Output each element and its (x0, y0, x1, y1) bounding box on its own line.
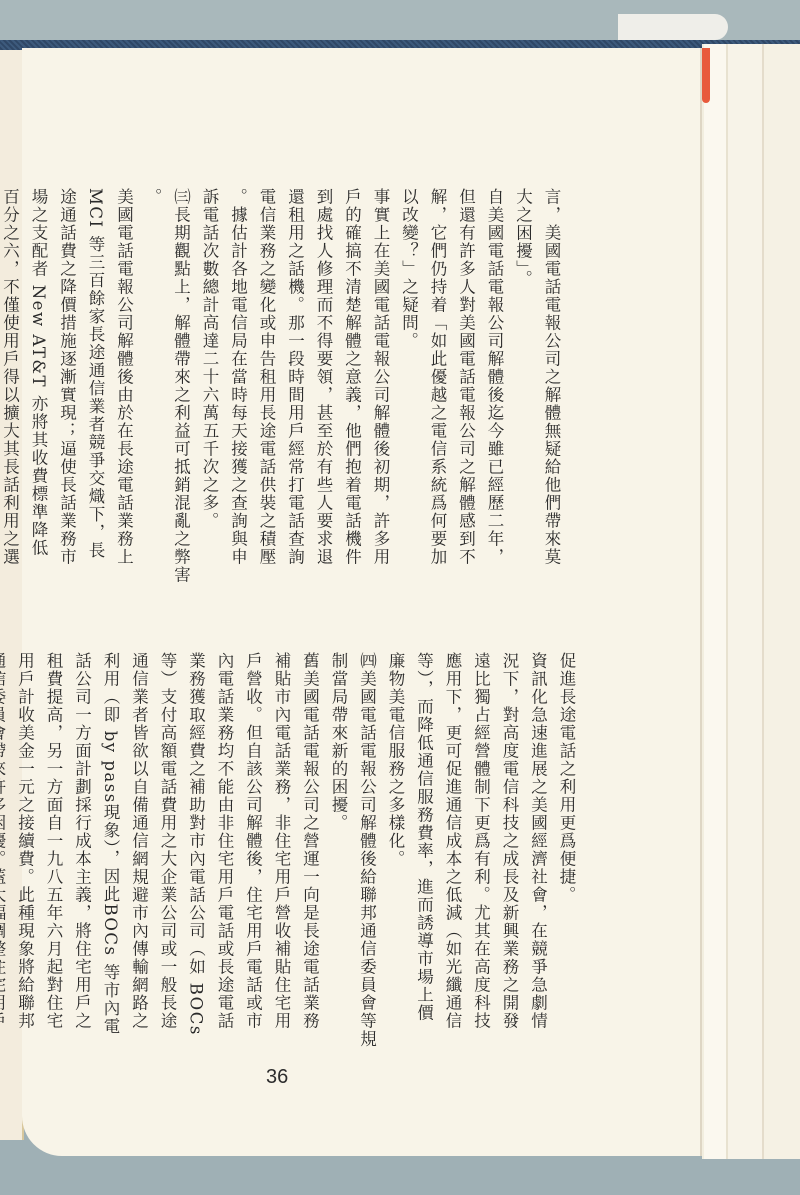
bookmark-ribbon (702, 48, 710, 103)
text-column: 制當局帶來新的困擾。 (324, 652, 353, 1052)
page-clip (618, 14, 728, 40)
top-text-section: 言，美國電話電報公司之解體無疑給他們帶來莫大之困擾」。自美國電話電報公司解體後迄… (0, 188, 565, 613)
text-column: 通信業者皆欲以自備通信網規避市內傳輸網路之 (124, 652, 153, 1052)
text-column: 促進長途電話之利用更爲便捷。 (552, 652, 581, 1052)
text-column: 遠比獨占經營體制下更爲有利。尤其在高度科技 (466, 652, 495, 1052)
text-column: 用戶計收美金一元之接續費。此種現象將給聯邦 (10, 652, 39, 1052)
text-column: 到處找人修理而不得要領，甚至於有些人要求退 (309, 188, 338, 613)
text-column: 途通話費之降價措施逐漸實現；逼使長話業務市 (52, 188, 81, 613)
text-column: 以改變？」之疑問。 (394, 188, 423, 613)
text-column: 。據估計各地電信局在當時每天接獲之查詢與申 (223, 188, 252, 613)
text-column: 百分之六，不僅使用戶得以擴大其長話利用之選 (0, 188, 24, 613)
text-column: 大之困擾」。 (508, 188, 537, 613)
text-column: 等）支付高額電話費用之大企業公司或一般長途 (153, 652, 182, 1052)
text-column: 。 (138, 188, 167, 613)
text-column: 通信委員會帶來許多困擾。蓋大幅調整住宅用戶 (0, 652, 10, 1052)
text-column: 但還有許多人對美國電話電報公司之解體感到不 (451, 188, 480, 613)
text-column: 等），而降低通信服務費率，進而誘導市場上價 (409, 652, 438, 1052)
text-column: 租費提高，另一方面自一九八五年六月起對住宅 (39, 652, 68, 1052)
text-column: 電信業務之變化或申告租用長途電話供裝之積壓 (252, 188, 281, 613)
text-column: 補貼市內電話業務，非住宅用戶營收補貼住宅用 (267, 652, 296, 1052)
text-column: 戶營收。但自該公司解體後，住宅用戶電話或市 (238, 652, 267, 1052)
text-column: 場之支配者 New AT&T 亦將其收費標準降低 (24, 188, 53, 613)
text-column: 戶的確搞不清楚解體之意義，他們抱着電話機件 (337, 188, 366, 613)
text-column: 資訊化急速進展之美國經濟社會，在競爭急劇情 (523, 652, 552, 1052)
text-column: 事實上在美國電話電報公司解體後初期，許多用 (366, 188, 395, 613)
text-column: 訴電話次數總計高達二十六萬五千次之多。 (195, 188, 224, 613)
text-column: 利用（即 by pass現象），因此BOCs 等市內電 (96, 652, 125, 1052)
bottom-text-section: 促進長途電話之利用更爲便捷。資訊化急速進展之美國經濟社會，在競爭急劇情況下，對高… (0, 652, 580, 1052)
text-column: 業務獲取經費之補助對市內電話公司（如 BOCs (181, 652, 210, 1052)
text-column: 話公司一方面計劃採行成本主義，將住宅用戶之 (67, 652, 96, 1052)
text-column: ㈢長期觀點上，解體帶來之利益可抵銷混亂之弊害 (166, 188, 195, 613)
text-column: 廉物美電信服務之多樣化。 (381, 652, 410, 1052)
text-column: 還租用之話機。那一段時間用戶經常打電話查詢 (280, 188, 309, 613)
text-column: 應用下，更可促進通信成本之低減（如光纖通信 (438, 652, 467, 1052)
text-column: ㈣美國電話電報公司解體後給聯邦通信委員會等規 (352, 652, 381, 1052)
text-column: 美國電話電報公司解體後由於在長途電話業務上 (109, 188, 138, 613)
text-column: 自美國電話電報公司解體後迄今雖已經歷二年， (480, 188, 509, 613)
text-column: 內電話業務均不能由非住宅用戶電話或長途電話 (210, 652, 239, 1052)
text-column: 況下，對高度電信科技之成長及新興業務之開發 (495, 652, 524, 1052)
page-stack-edges (702, 44, 800, 1159)
text-column: 舊美國電話電報公司之營運一向是長途電話業務 (295, 652, 324, 1052)
text-column: 言，美國電話電報公司之解體無疑給他們帶來莫 (537, 188, 566, 613)
page-number: 36 (266, 1066, 288, 1089)
text-column: 解，它們仍持着「如此優越之電信系統爲何要加 (423, 188, 452, 613)
text-column: MCI 等三百餘家長途通信業者競爭交熾下，長 (81, 188, 110, 613)
